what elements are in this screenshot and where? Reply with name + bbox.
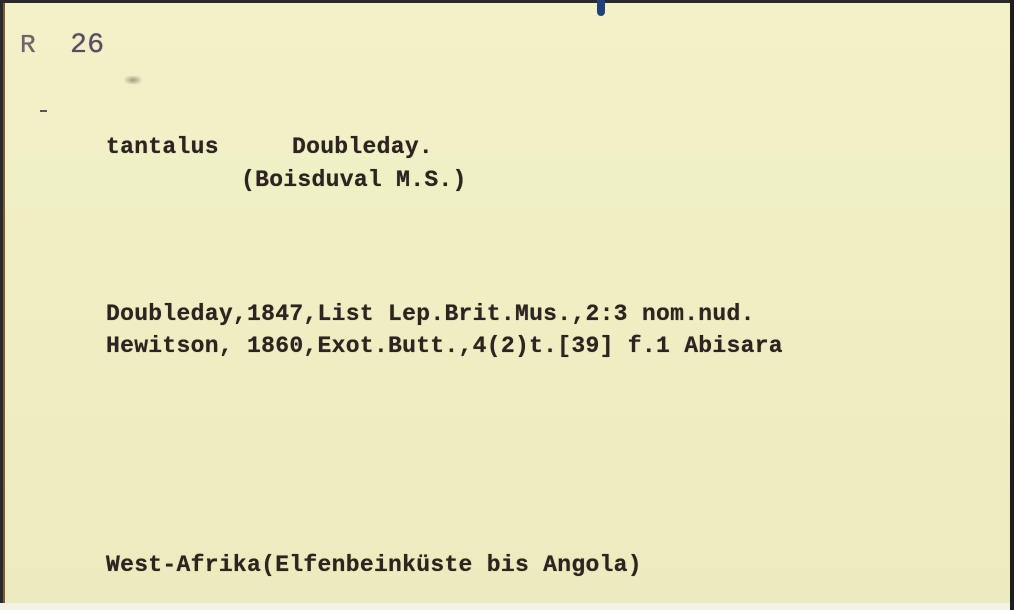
reference-line-2: Hewitson, 1860,Exot.Butt.,4(2)t.[39] f.1…: [106, 333, 783, 359]
margin-mark: [40, 110, 47, 112]
catalog-prefix: R: [20, 30, 36, 60]
author-note: (Boisduval M.S.): [241, 167, 467, 193]
species-author: Doubleday.: [292, 134, 433, 160]
species-name: tantalus: [106, 134, 219, 160]
catalog-number-value: 26: [70, 30, 104, 61]
index-card: R 26 tantalus Doubleday. (Boisduval M.S.…: [3, 3, 1013, 603]
ink-smudge: [123, 75, 143, 85]
pin-mark: [597, 0, 605, 16]
distribution: West-Afrika(Elfenbeinküste bis Angola): [106, 552, 642, 578]
catalog-number: R 26: [20, 30, 104, 61]
card-right-edge: [1010, 0, 1014, 610]
reference-line-1: Doubleday,1847,List Lep.Brit.Mus.,2:3 no…: [106, 301, 755, 327]
card-bottom-edge: [0, 603, 1014, 610]
